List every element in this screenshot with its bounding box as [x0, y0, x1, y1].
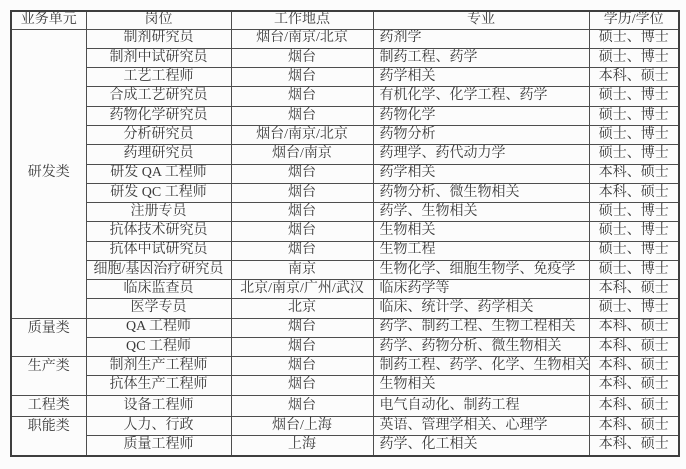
cell-position: QC 工程师 [86, 337, 231, 356]
cell-work-location: 烟台/南京 [231, 145, 373, 164]
cell-major: 药学、制药工程、生物工程相关 [373, 318, 589, 337]
cell-major: 药学、生物相关 [373, 203, 589, 222]
cell-position: 注册专员 [86, 203, 231, 222]
cell-position: 抗体中试研究员 [86, 241, 231, 260]
cell-work-location: 烟台 [231, 87, 373, 106]
cell-major: 药物分析 [373, 126, 589, 145]
cell-degree: 本科、硕士 [589, 318, 679, 337]
cell-business-unit: 工程类 [11, 395, 86, 416]
cell-business-unit: 质量类 [11, 318, 86, 357]
cell-work-location: 北京 [231, 299, 373, 318]
cell-position: 细胞/基因治疗研究员 [86, 260, 231, 279]
table-row: 临床监查员北京/南京/广州/武汉临床药学等本科、硕士 [11, 280, 679, 299]
cell-position: 药物化学研究员 [86, 106, 231, 125]
cell-work-location: 烟台 [231, 48, 373, 67]
cell-degree: 硕士、博士 [589, 203, 679, 222]
cell-degree: 硕士、博士 [589, 260, 679, 279]
cell-position: 制剂生产工程师 [86, 357, 231, 376]
cell-work-location: 烟台 [231, 241, 373, 260]
cell-major: 药理学、药代动力学 [373, 145, 589, 164]
cell-position: 研发 QA 工程师 [86, 164, 231, 183]
table-row: 分析研究员烟台/南京/北京药物分析硕士、博士 [11, 126, 679, 145]
cell-work-location: 烟台 [231, 357, 373, 376]
cell-major: 制药工程、药学、化学、生物相关 [373, 357, 589, 376]
table-row: 制剂中试研究员烟台制药工程、药学硕士、博士 [11, 48, 679, 67]
cell-degree: 本科、硕士 [589, 164, 679, 183]
cell-work-location: 南京 [231, 260, 373, 279]
cell-major: 有机化学、化学工程、药学 [373, 87, 589, 106]
cell-degree: 本科、硕士 [589, 395, 679, 416]
cell-degree: 硕士、博士 [589, 106, 679, 125]
table-row: 职能类人力、行政烟台/上海英语、管理学相关、心理学本科、硕士 [11, 417, 679, 436]
cell-major: 药物化学 [373, 106, 589, 125]
table-row: QC 工程师烟台药学、药物分析、微生物相关本科、硕士 [11, 337, 679, 356]
cell-degree: 硕士、博士 [589, 48, 679, 67]
cell-degree: 硕士、博士 [589, 299, 679, 318]
table-row: 工程类设备工程师烟台电气自动化、制药工程本科、硕士 [11, 395, 679, 416]
table-row: 医学专员北京临床、统计学、药学相关硕士、博士 [11, 299, 679, 318]
cell-major: 制药工程、药学 [373, 48, 589, 67]
cell-degree: 本科、硕士 [589, 183, 679, 202]
cell-position: QA 工程师 [86, 318, 231, 337]
cell-degree: 本科、硕士 [589, 357, 679, 376]
cell-position: 分析研究员 [86, 126, 231, 145]
cell-major: 生物相关 [373, 222, 589, 241]
cell-degree: 硕士、博士 [589, 126, 679, 145]
cell-degree: 硕士、博士 [589, 222, 679, 241]
cell-work-location: 烟台 [231, 222, 373, 241]
cell-business-unit: 职能类 [11, 417, 86, 456]
cell-work-location: 烟台 [231, 376, 373, 395]
cell-position: 药理研究员 [86, 145, 231, 164]
header-major: 专业 [373, 11, 589, 29]
cell-degree: 硕士、博士 [589, 145, 679, 164]
cell-position: 制剂研究员 [86, 29, 231, 48]
table-row: 质量工程师上海药学、化工相关本科、硕士 [11, 436, 679, 456]
cell-work-location: 北京/南京/广州/武汉 [231, 280, 373, 299]
cell-position: 临床监查员 [86, 280, 231, 299]
table-row: 研发 QC 工程师烟台药物分析、微生物相关本科、硕士 [11, 183, 679, 202]
cell-position: 工艺工程师 [86, 68, 231, 87]
cell-work-location: 烟台 [231, 337, 373, 356]
table-row: 研发 QA 工程师烟台药学相关本科、硕士 [11, 164, 679, 183]
cell-position: 抗体生产工程师 [86, 376, 231, 395]
cell-work-location: 烟台 [231, 203, 373, 222]
cell-major: 药学相关 [373, 164, 589, 183]
cell-degree: 硕士、博士 [589, 87, 679, 106]
cell-position: 抗体技术研究员 [86, 222, 231, 241]
cell-work-location: 烟台 [231, 106, 373, 125]
recruitment-positions-table: 业务单元 岗位 工作地点 专业 学历/学位 研发类制剂研究员烟台/南京/北京药剂… [10, 10, 680, 457]
cell-major: 生物工程 [373, 241, 589, 260]
cell-degree: 本科、硕士 [589, 337, 679, 356]
cell-major: 药物分析、微生物相关 [373, 183, 589, 202]
cell-position: 医学专员 [86, 299, 231, 318]
cell-work-location: 烟台 [231, 318, 373, 337]
cell-business-unit: 研发类 [11, 29, 86, 318]
table-row: 合成工艺研究员烟台有机化学、化学工程、药学硕士、博士 [11, 87, 679, 106]
cell-major: 药剂学 [373, 29, 589, 48]
header-business-unit: 业务单元 [11, 11, 86, 29]
cell-major: 临床药学等 [373, 280, 589, 299]
cell-major: 临床、统计学、药学相关 [373, 299, 589, 318]
cell-degree: 本科、硕士 [589, 417, 679, 436]
table-row: 生产类制剂生产工程师烟台制药工程、药学、化学、生物相关本科、硕士 [11, 357, 679, 376]
cell-position: 制剂中试研究员 [86, 48, 231, 67]
cell-major: 生物相关 [373, 376, 589, 395]
cell-major: 英语、管理学相关、心理学 [373, 417, 589, 436]
header-row: 业务单元 岗位 工作地点 专业 学历/学位 [11, 11, 679, 29]
cell-work-location: 烟台/南京/北京 [231, 126, 373, 145]
cell-position: 设备工程师 [86, 395, 231, 416]
cell-work-location: 烟台/上海 [231, 417, 373, 436]
cell-position: 人力、行政 [86, 417, 231, 436]
table-row: 抗体技术研究员烟台生物相关硕士、博士 [11, 222, 679, 241]
cell-business-unit: 生产类 [11, 357, 86, 396]
table-row: 质量类QA 工程师烟台药学、制药工程、生物工程相关本科、硕士 [11, 318, 679, 337]
cell-degree: 硕士、博士 [589, 241, 679, 260]
cell-major: 药学、化工相关 [373, 436, 589, 456]
cell-degree: 本科、硕士 [589, 376, 679, 395]
cell-work-location: 烟台 [231, 183, 373, 202]
table-row: 药物化学研究员烟台药物化学硕士、博士 [11, 106, 679, 125]
cell-work-location: 烟台 [231, 164, 373, 183]
cell-major: 药学相关 [373, 68, 589, 87]
cell-degree: 本科、硕士 [589, 68, 679, 87]
table-row: 抗体中试研究员烟台生物工程硕士、博士 [11, 241, 679, 260]
cell-position: 合成工艺研究员 [86, 87, 231, 106]
cell-position: 研发 QC 工程师 [86, 183, 231, 202]
cell-degree: 硕士、博士 [589, 29, 679, 48]
header-work-location: 工作地点 [231, 11, 373, 29]
cell-major: 生物化学、细胞生物学、免疫学 [373, 260, 589, 279]
cell-major: 电气自动化、制药工程 [373, 395, 589, 416]
table-row: 工艺工程师烟台药学相关本科、硕士 [11, 68, 679, 87]
cell-work-location: 烟台 [231, 68, 373, 87]
table-row: 注册专员烟台药学、生物相关硕士、博士 [11, 203, 679, 222]
cell-degree: 本科、硕士 [589, 280, 679, 299]
cell-position: 质量工程师 [86, 436, 231, 456]
table-row: 抗体生产工程师烟台生物相关本科、硕士 [11, 376, 679, 395]
cell-work-location: 烟台/南京/北京 [231, 29, 373, 48]
header-position: 岗位 [86, 11, 231, 29]
table-row: 细胞/基因治疗研究员南京生物化学、细胞生物学、免疫学硕士、博士 [11, 260, 679, 279]
table-row: 药理研究员烟台/南京药理学、药代动力学硕士、博士 [11, 145, 679, 164]
cell-work-location: 上海 [231, 436, 373, 456]
header-degree: 学历/学位 [589, 11, 679, 29]
cell-major: 药学、药物分析、微生物相关 [373, 337, 589, 356]
cell-work-location: 烟台 [231, 395, 373, 416]
cell-degree: 本科、硕士 [589, 436, 679, 456]
table-row: 研发类制剂研究员烟台/南京/北京药剂学硕士、博士 [11, 29, 679, 48]
